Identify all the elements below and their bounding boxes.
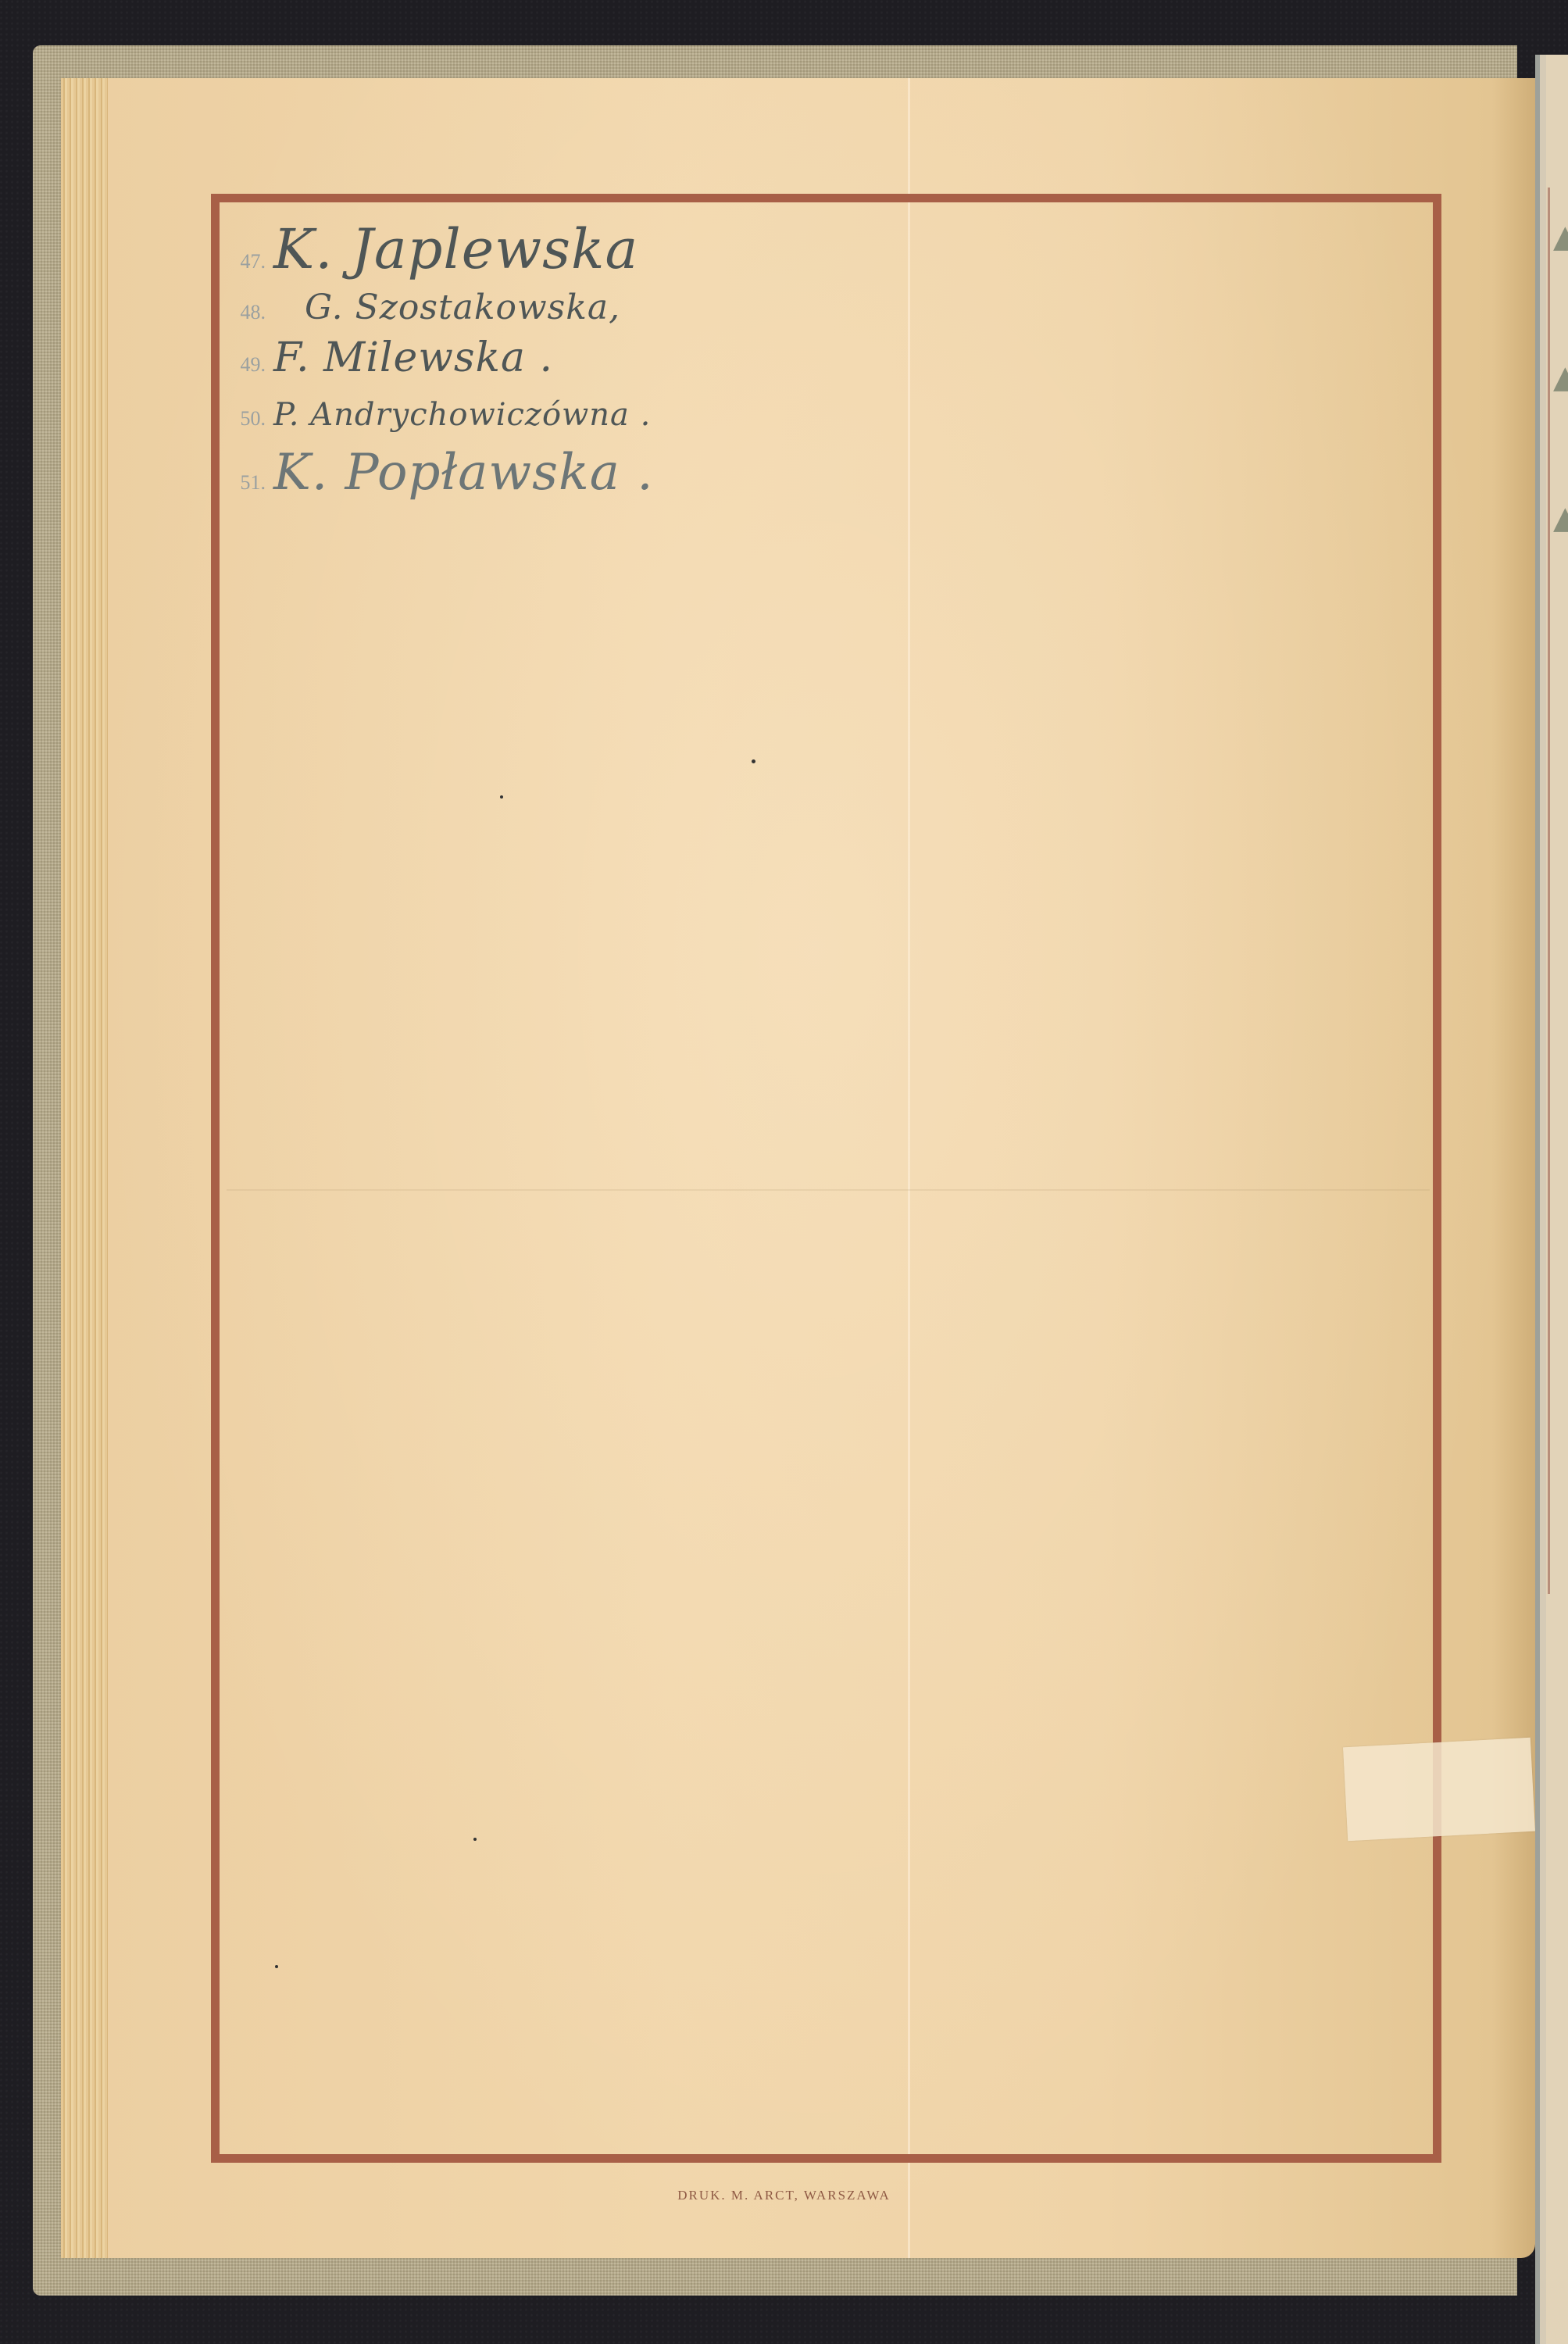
entry-number: 51. <box>219 471 266 495</box>
signature-entry: 51.K. Popławska . <box>219 444 654 502</box>
page-edges <box>61 78 108 2258</box>
ink-speck <box>275 1965 278 1968</box>
entry-number: 48. <box>219 301 266 324</box>
decorative-glyph-icon: ▲ <box>1553 219 1568 255</box>
ink-speck <box>500 795 503 799</box>
ink-speck <box>473 1838 477 1841</box>
signature-entry: 47.K. Japlewska <box>219 217 638 281</box>
entry-name: K. Japlewska <box>273 217 638 281</box>
decorative-glyph-icon: ▲ <box>1553 359 1568 395</box>
entry-name: P. Andrychowiczówna . <box>273 397 651 433</box>
entry-number: 47. <box>219 250 266 273</box>
signature-entry: 48.G. Szostakowska, <box>219 288 620 327</box>
decorative-glyph-icon: ▲ <box>1553 500 1568 536</box>
entry-name: F. Milewska . <box>273 334 553 381</box>
entry-name: K. Popławska . <box>273 444 654 502</box>
adhesive-tape-strip <box>1343 1738 1535 1841</box>
adjacent-page-border: ▲ ▲ ▲ <box>1548 188 1568 1594</box>
signature-entry: 50.P. Andrychowiczówna . <box>219 397 651 433</box>
adjacent-page-edge: ▲ ▲ ▲ <box>1535 55 1568 2344</box>
entry-number: 50. <box>219 407 266 431</box>
ink-speck <box>752 759 755 763</box>
printer-imprint: DRUK. M. ARCT, WARSZAWA <box>0 2188 1568 2203</box>
entry-name: G. Szostakowska, <box>305 288 620 327</box>
signature-entry: 49.F. Milewska . <box>219 334 553 381</box>
entry-number: 49. <box>219 353 266 377</box>
